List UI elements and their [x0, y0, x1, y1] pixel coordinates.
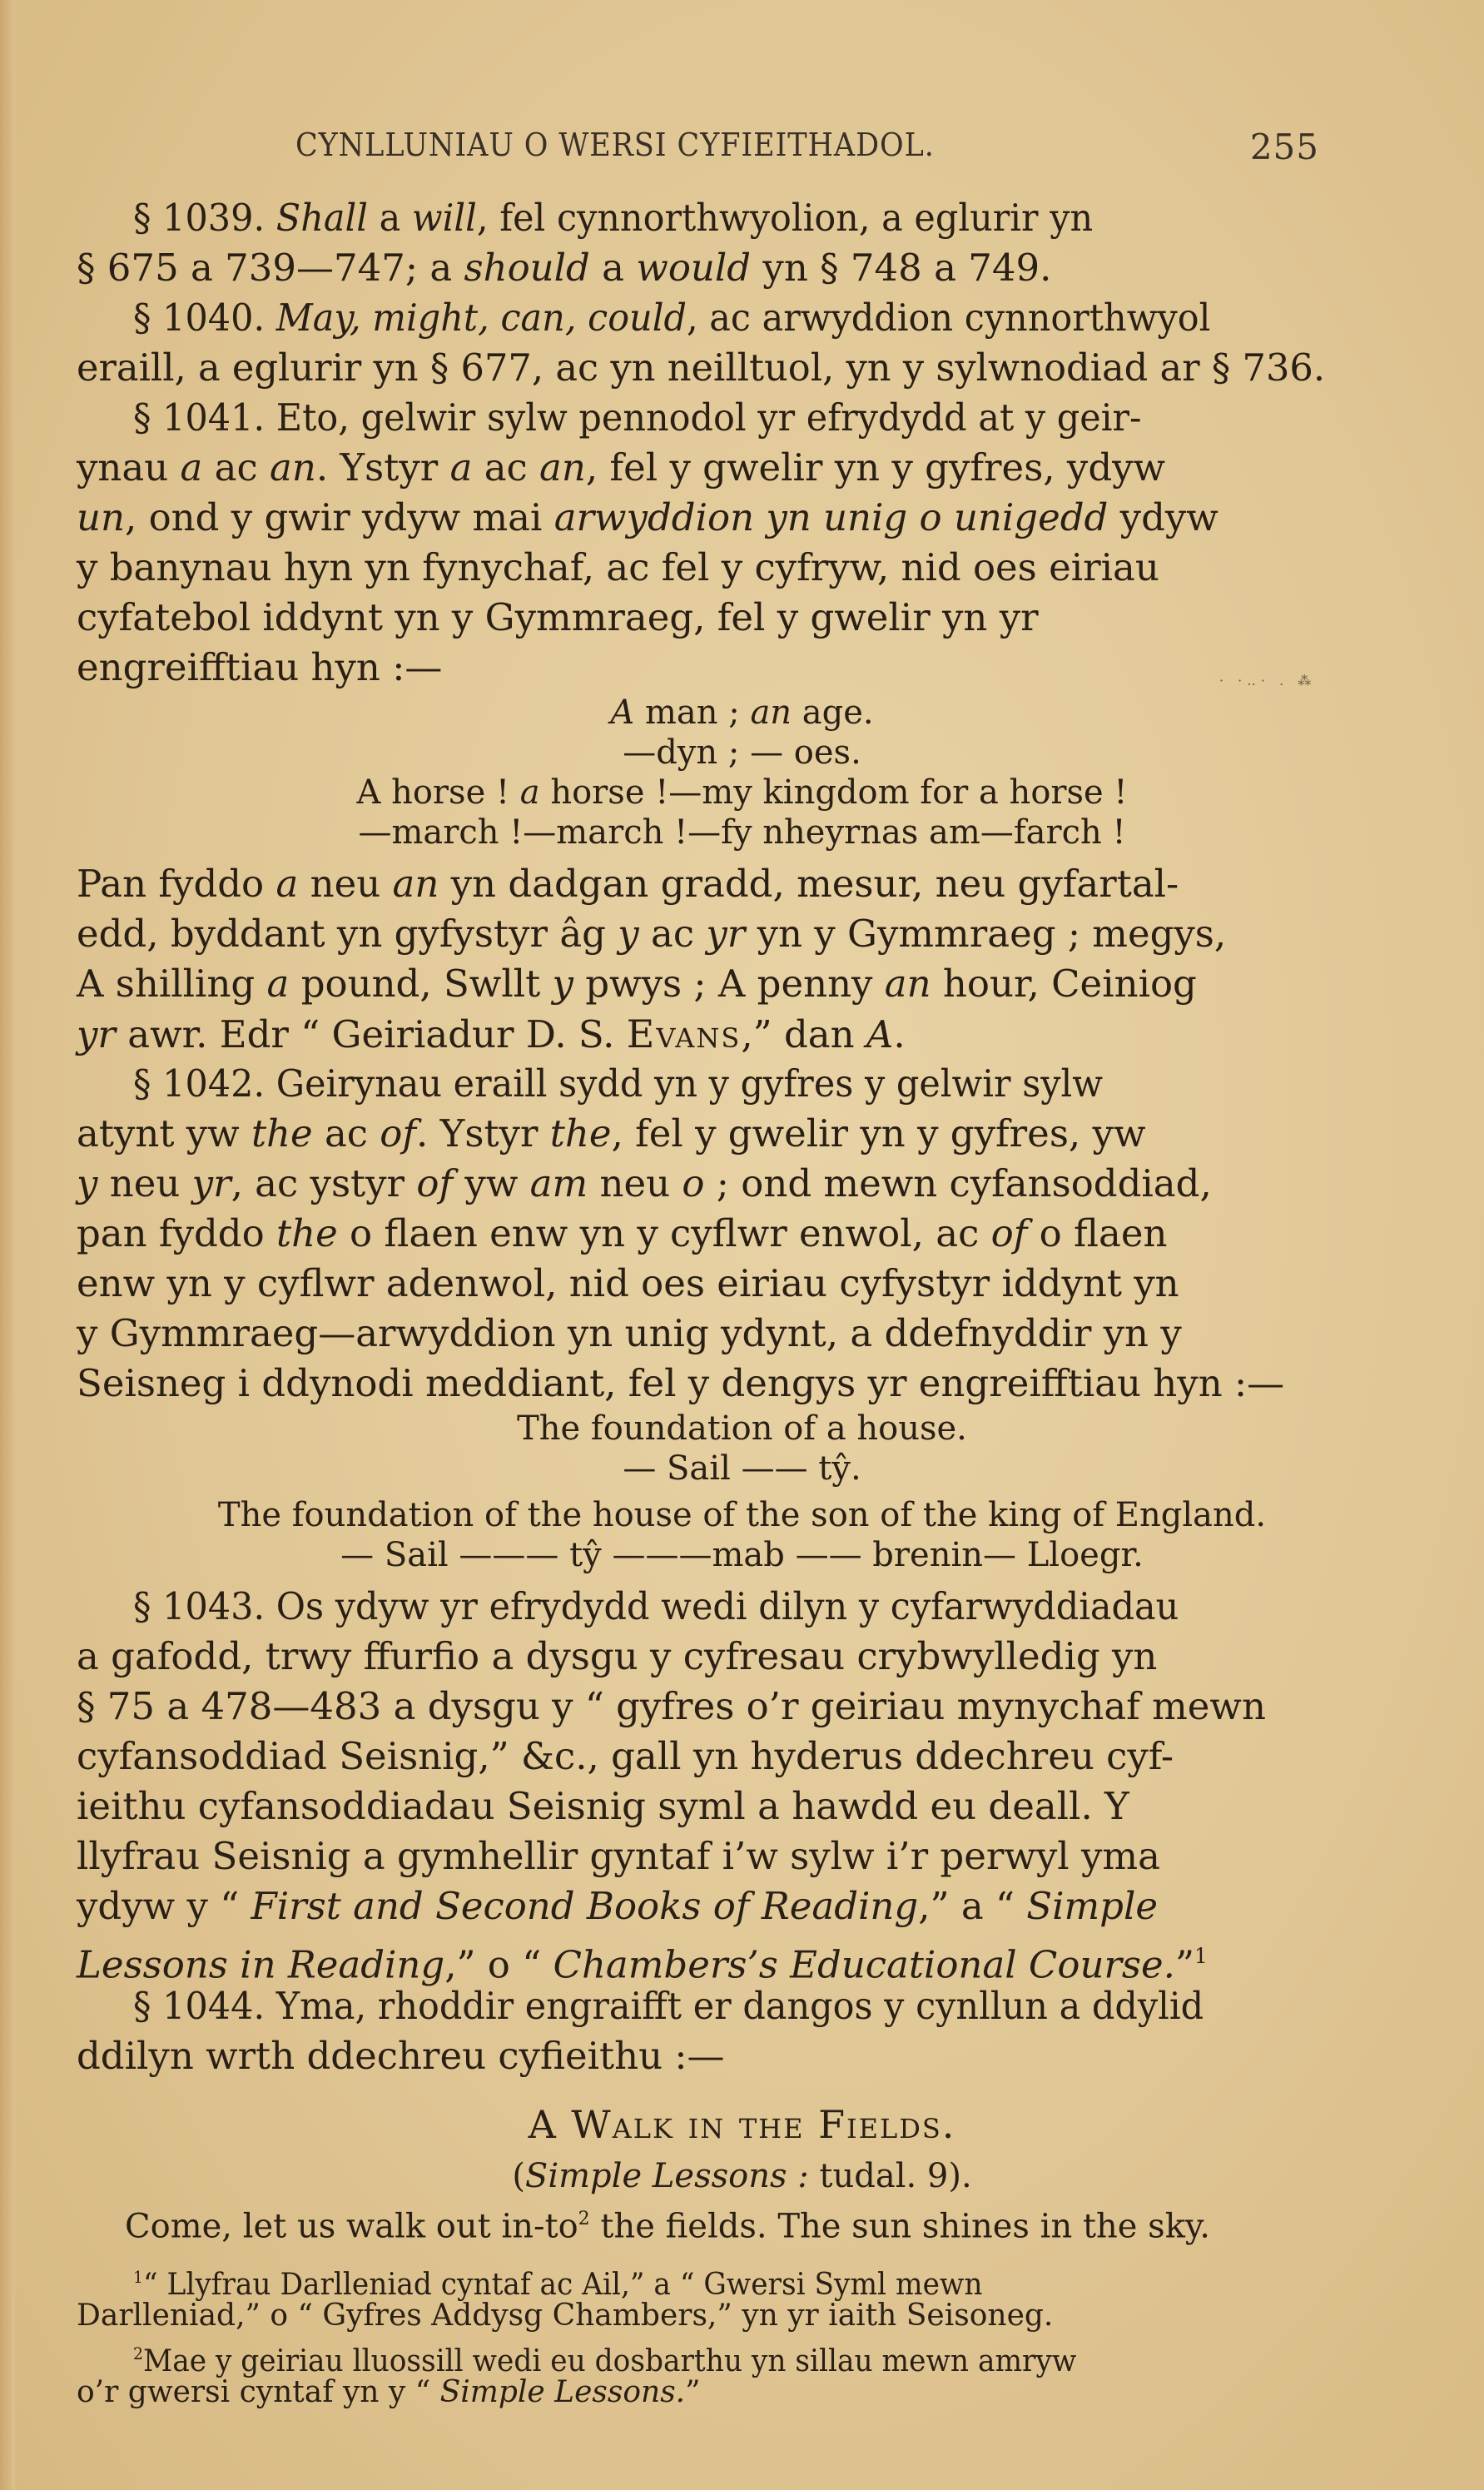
text-run: . Ystyr — [416, 1111, 550, 1156]
italic-text: an — [750, 693, 792, 732]
text-run: cyfatebol iddynt yn y Gymmraeg, fel y gw… — [77, 595, 1039, 639]
text-run: ,” dan — [741, 1012, 866, 1056]
paragraph-line: yr awr. Edr “ Geiriadur D. S. Evans,” da… — [77, 1009, 1325, 1060]
paragraph-line: A shilling a pound, Swllt y pwys ; A pen… — [77, 959, 1325, 1009]
text-run: § 1040. — [133, 296, 276, 340]
italic-text: yr — [706, 912, 745, 956]
text-run: —dyn ; — oes. — [623, 733, 861, 772]
paragraph-line: y Gymmraeg—arwyddion yn unig ydynt, a dd… — [77, 1309, 1325, 1359]
text-run: Darlleniad,” o “ Gyfres Addysg Chambers,… — [77, 2299, 1053, 2333]
italic-text: a — [275, 862, 298, 906]
text-run: o’r gwersi cyntaf yn y “ — [77, 2375, 440, 2409]
paragraph-line: § 1039. Shall a will, fel cynnorthwyolio… — [133, 193, 1325, 243]
paragraph-line: § 75 a 478—483 a dysgu y “ gyfres o’r ge… — [77, 1682, 1325, 1732]
italic-text: a — [267, 962, 290, 1006]
italic-text: May, might, can, could — [276, 296, 687, 340]
text-run: yn dadgan gradd, mesur, neu gyfartal- — [439, 862, 1179, 906]
paragraph-line: y neu yr, ac ystyr of yw am neu o ; ond … — [77, 1159, 1325, 1209]
text-run: a — [590, 246, 636, 290]
text-run: ddilyn wrth ddechreu cyfieithu :— — [77, 2034, 725, 2078]
lesson-source-paren: ( — [512, 2157, 525, 2195]
paragraph-line: ieithu cyfansoddiadau Seisnig syml a haw… — [77, 1782, 1325, 1831]
text-run: ; ond mewn cyfansoddiad, — [704, 1161, 1211, 1205]
text-run: ynau — [77, 445, 181, 490]
text-run: pound, Swllt — [289, 962, 552, 1006]
text-run: eraill, a eglurir yn § 677, ac yn neillt… — [77, 345, 1325, 390]
text-run: neu — [97, 1161, 191, 1205]
paragraph-line: Pan fyddo a neu an yn dadgan gradd, mesu… — [77, 859, 1325, 909]
italic-text: First and Second Books of Reading — [251, 1884, 919, 1928]
italic-text: y — [618, 912, 638, 956]
paragraph-line: llyfrau Seisnig a gymhellir gyntaf i’w s… — [77, 1831, 1325, 1881]
paragraph-line: § 1041. Eto, gelwir sylw pennodol yr efr… — [133, 393, 1325, 443]
paragraph-line: enw yn y cyflwr adenwol, nid oes eiriau … — [77, 1259, 1325, 1309]
text-run: ac — [313, 1111, 380, 1156]
paragraph-line: § 1040. May, might, can, could, ac arwyd… — [133, 293, 1325, 343]
text-run: a gafodd, trwy ffurfio a dysgu y cyfresa… — [77, 1634, 1157, 1678]
text-run: —march !—march !—fy nheyrnas am—farch ! — [358, 813, 1125, 852]
italic-text: will — [412, 196, 477, 240]
italic-text: the — [550, 1111, 612, 1156]
lesson-source-title: Simple Lessons : — [525, 2157, 809, 2195]
paragraph-line: pan fyddo the o flaen enw yn y cyflwr en… — [77, 1209, 1325, 1259]
italic-text: a — [181, 445, 203, 490]
text-run: engreifftiau hyn :— — [77, 645, 442, 689]
text-run: ,” o “ — [444, 1942, 553, 1986]
italic-text: Lessons in Reading — [77, 1942, 444, 1986]
paragraph-line: a gafodd, trwy ffurfio a dysgu y cyfresa… — [77, 1632, 1325, 1682]
text-run: ” — [685, 2375, 700, 2409]
lesson-source: (Simple Lessons : tudal. 9). — [0, 2151, 1484, 2201]
text-run: . — [893, 1012, 905, 1056]
text-run: awr. Edr “ Geiriadur D. S. — [116, 1012, 627, 1056]
text-run: Pan fyddo — [77, 862, 275, 906]
text-run: The foundation of the house of the son o… — [218, 1496, 1266, 1534]
italic-text: would — [636, 246, 751, 290]
italic-text: should — [464, 246, 590, 290]
text-run: ac — [639, 912, 707, 956]
text-run: llyfrau Seisnig a gymhellir gyntaf i’w s… — [77, 1834, 1160, 1878]
italic-text: Chambers’s Educational Course. — [553, 1942, 1175, 1986]
footnote-marker: 2 — [133, 2344, 143, 2363]
paragraph-line: ydyw y “ First and Second Books of Readi… — [77, 1881, 1325, 1931]
text-run: yw — [453, 1161, 530, 1205]
paragraph-line: § 1042. Geirynau eraill sydd yn y gyfres… — [133, 1059, 1325, 1109]
text-run: , ac arwyddion cynnorthwyol — [687, 296, 1210, 340]
text-run: edd, byddant yn gyfystyr âg — [77, 912, 618, 956]
text-run: § 75 a 478—483 a dysgu y “ gyfres o’r ge… — [77, 1684, 1266, 1728]
text-run: y banynau hyn yn fynychaf, ac fel y cyfr… — [77, 545, 1159, 589]
lesson-source-page: tudal. 9). — [809, 2157, 972, 2195]
text-run: § 1039. — [133, 196, 276, 240]
italic-text: of — [380, 1111, 416, 1156]
paragraph-line: edd, byddant yn gyfystyr âg y ac yr yn y… — [77, 909, 1325, 959]
italic-text: of — [416, 1161, 453, 1205]
paragraph-line: un, ond y gwir ydyw mai arwyddion yn uni… — [77, 493, 1325, 543]
text-run: , ond y gwir ydyw mai — [125, 495, 554, 539]
text-run: A horse ! — [356, 773, 519, 812]
italic-text: the — [276, 1211, 338, 1255]
text-run: atynt yw — [77, 1111, 251, 1156]
lesson-text-a: Come, let us walk out in-to — [125, 2207, 578, 2245]
text-run: ydyw y “ — [77, 1884, 251, 1928]
text-run: § 1042. Geirynau eraill sydd yn y gyfres… — [133, 1061, 1103, 1106]
italic-text: y — [77, 1161, 97, 1205]
running-title: CYNLLUNIAU O WERSI CYFIEITHADOL. — [295, 127, 935, 163]
text-run: § 675 a 739—747; a — [77, 246, 464, 290]
footnote-marker: 1 — [133, 2268, 143, 2287]
footnote-marker: 1 — [1194, 1944, 1208, 1968]
text-run: A shilling — [77, 962, 267, 1006]
text-run: ieithu cyfansoddiadau Seisnig syml a haw… — [77, 1784, 1129, 1828]
footnote-line: o’r gwersi cyntaf yn y “ Simple Lessons.… — [77, 2368, 1325, 2418]
text-run: man ; — [634, 693, 750, 732]
paragraph-line: § 675 a 739—747; a should a would yn § 7… — [77, 243, 1325, 293]
text-run: hour, Ceiniog — [931, 962, 1197, 1006]
paragraph-line: atynt yw the ac of. Ystyr the, fel y gwe… — [77, 1109, 1325, 1159]
italic-text: Simple — [1026, 1884, 1158, 1928]
paragraph-line: Seisneg i ddynodi meddiant, fel y dengys… — [77, 1359, 1325, 1409]
text-run: y Gymmraeg—arwyddion yn unig ydynt, a dd… — [77, 1311, 1182, 1355]
paragraph-line: cyfansoddiad Seisnig,” &c., gall yn hyde… — [77, 1732, 1325, 1782]
text-run: yn y Gymmraeg ; megys, — [745, 912, 1226, 956]
example-line: — Sail —— tŷ. — [0, 1444, 1484, 1494]
italic-text: yr — [77, 1012, 116, 1056]
italic-text: an — [885, 962, 931, 1006]
text-run: horse !—my kingdom for a horse ! — [540, 773, 1128, 812]
lesson-first-line: Come, let us walk out in-to2 the fields.… — [125, 2194, 1373, 2251]
italic-text: the — [251, 1111, 313, 1156]
book-page: CYNLLUNIAU O WERSI CYFIEITHADOL. 255 § 1… — [0, 0, 1484, 2490]
text-run: § 1041. Eto, gelwir sylw pennodol yr efr… — [133, 395, 1142, 440]
text-run: — Sail ——— tŷ ———mab —— brenin— Lloegr. — [340, 1536, 1144, 1574]
paragraph-line: eraill, a eglurir yn § 677, ac yn neillt… — [77, 343, 1318, 393]
paragraph-line: y banynau hyn yn fynychaf, ac fel y cyfr… — [77, 543, 1325, 593]
ink-smudge: · ·‥· . ⁂ — [1219, 673, 1316, 688]
text-run: a — [368, 196, 412, 240]
text-run: neu — [298, 862, 392, 906]
italic-text: Shall — [276, 196, 368, 240]
paragraph-line: cyfatebol iddynt yn y Gymmraeg, fel y gw… — [77, 593, 1325, 643]
italic-text: am — [530, 1161, 588, 1205]
italic-text: o — [682, 1161, 704, 1205]
text-run: , fel y gwelir yn y gyfres, ydyw — [586, 445, 1165, 490]
page-number: 255 — [1250, 127, 1319, 167]
italic-text: an — [393, 862, 439, 906]
text-run: ac — [202, 445, 270, 490]
example-line: — Sail ——— tŷ ———mab —— brenin— Lloegr. — [0, 1530, 1484, 1580]
text-run: enw yn y cyflwr adenwol, nid oes eiriau … — [77, 1261, 1179, 1305]
paragraph-line: engreifftiau hyn :— — [77, 643, 1325, 693]
text-run: pwys ; A penny — [573, 962, 885, 1006]
text-run: o flaen — [1027, 1211, 1167, 1255]
italic-text: of — [991, 1211, 1028, 1255]
lesson-text-b: the fields. The sun shines in the sky. — [590, 2207, 1210, 2245]
text-run: o flaen enw yn y cyflwr enwol, ac — [338, 1211, 991, 1255]
text-run: cyfansoddiad Seisnig,” &c., gall yn hyde… — [77, 1734, 1174, 1778]
italic-text: an — [539, 445, 586, 490]
italic-text: A — [610, 693, 634, 732]
text-run: , fel y gwelir yn y gyfres, yw — [611, 1111, 1145, 1156]
text-run: age. — [792, 693, 874, 732]
paragraph-line: ynau a ac an. Ystyr a ac an, fel y gweli… — [77, 443, 1325, 493]
paragraph-line: § 1043. Os ydyw yr efrydydd wedi dilyn y… — [133, 1582, 1325, 1632]
text-run: ac — [472, 445, 539, 490]
paragraph-line: ddilyn wrth ddechreu cyfieithu :— — [77, 2031, 1325, 2081]
paragraph-line: § 1044. Yma, rhoddir engraifft er dangos… — [133, 1981, 1325, 2031]
italic-text: y — [553, 962, 573, 1006]
italic-text: a — [520, 773, 540, 812]
text-run: , ac ystyr — [231, 1161, 417, 1205]
text-run: § 1044. Yma, rhoddir engraifft er dangos… — [133, 1984, 1204, 2028]
text-run: The foundation of a house. — [517, 1409, 967, 1448]
italic-text: a — [450, 445, 473, 490]
italic-text: un — [77, 495, 125, 539]
italic-text: an — [270, 445, 316, 490]
text-run: — Sail —— tŷ. — [623, 1449, 861, 1488]
text-run: ,” a “ — [918, 1884, 1026, 1928]
text-run: yn § 748 a 749. — [751, 246, 1051, 290]
text-run: § 1043. Os ydyw yr efrydydd wedi dilyn y… — [133, 1584, 1179, 1628]
lesson-title: A Walk in the Fields. — [0, 2100, 1484, 2150]
italic-text: Simple Lessons. — [440, 2375, 686, 2409]
text-run: neu — [588, 1161, 682, 1205]
italic-text: yr — [192, 1161, 231, 1205]
running-header: CYNLLUNIAU O WERSI CYFIEITHADOL. 255 — [295, 127, 1319, 163]
italic-text: A — [866, 1012, 894, 1056]
text-run: ydyw — [1108, 495, 1218, 539]
text-run: Evans — [627, 1011, 742, 1056]
text-run: Seisneg i ddynodi meddiant, fel y dengys… — [77, 1361, 1284, 1405]
text-run: . Ystyr — [316, 445, 450, 490]
text-run: , fel cynnorthwyolion, a eglurir yn — [477, 196, 1093, 240]
example-line: —march !—march !—fy nheyrnas am—farch ! — [0, 808, 1484, 857]
text-run: ” — [1175, 1942, 1194, 1986]
italic-text: arwyddion yn unig o unigedd — [554, 495, 1109, 539]
footnote-ref: 2 — [578, 2209, 590, 2229]
text-run: pan fyddo — [77, 1211, 276, 1255]
